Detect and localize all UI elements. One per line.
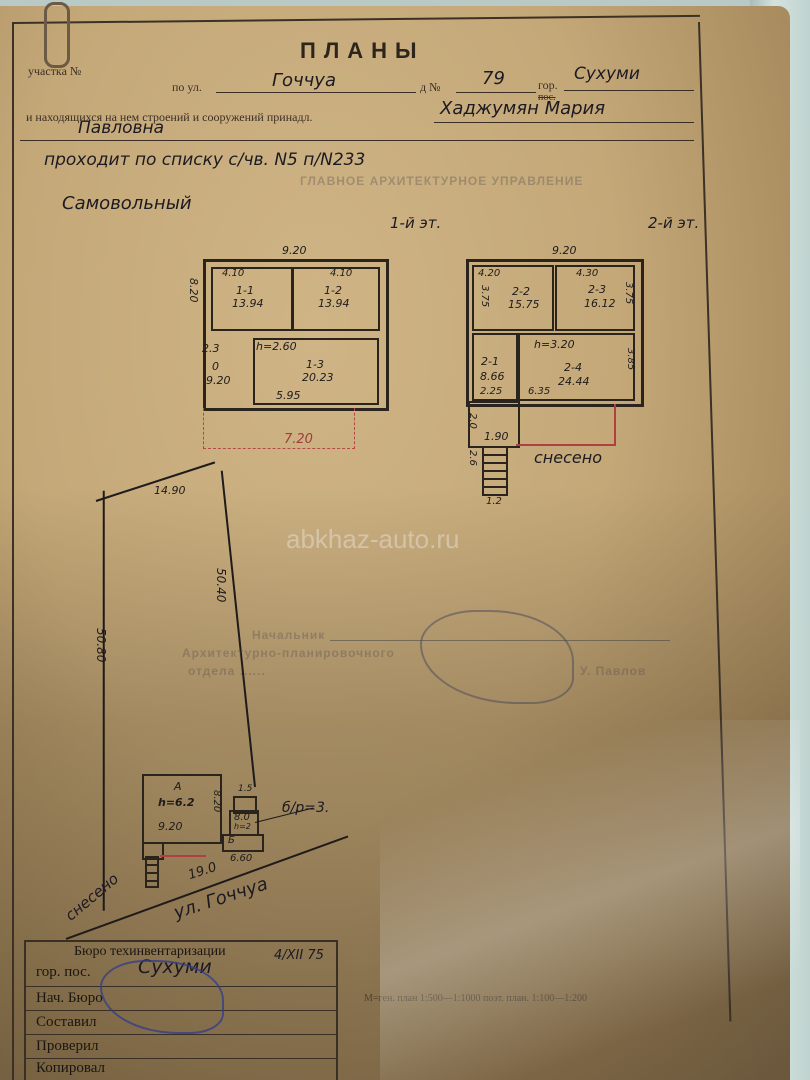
house-underline [456, 92, 536, 93]
building-a-depth: 8.20 [211, 790, 222, 812]
frame-border-left [12, 22, 14, 1080]
building-a-width: 9.20 [158, 820, 183, 833]
stamp-row-copied: Копировал [36, 1060, 105, 1077]
f2-2-3-width: 4.30 [576, 268, 598, 279]
stamp-row-compiled: Составил [36, 1014, 97, 1031]
f2-2-2-height: 3.75 [479, 285, 490, 307]
f2-overall-width: 9.20 [552, 244, 577, 257]
street-label: по ул. [172, 80, 202, 95]
stamp-divider-4 [26, 1058, 336, 1059]
f1-1-1-id: 1-1 [236, 284, 254, 297]
f1-1-1-width: 4.10 [222, 268, 244, 279]
floor-1-label: 1-й эт. [390, 214, 441, 232]
f2-porch-height: 2.0 [467, 413, 478, 429]
f1-red-extension [203, 408, 355, 449]
house-label: д № [420, 80, 441, 95]
f2-2-1-id: 2-1 [481, 355, 499, 368]
stamp-date: 4/XII 75 [274, 948, 324, 963]
f2-2-2-width: 4.20 [478, 268, 500, 279]
list-note: проходит по списку с/чв. N5 п/N233 [44, 150, 365, 170]
watermark: abkhaz-auto.ru [286, 524, 459, 555]
f1-red-width: 7.20 [284, 432, 313, 447]
ghost-header-text: ГЛАВНОЕ АРХИТЕКТУРНОЕ УПРАВЛЕНИЕ [300, 174, 583, 188]
building-a-red-line [160, 855, 206, 857]
f2-2-1-width: 2.25 [480, 386, 502, 397]
ghost-approve-1: Начальник [252, 628, 325, 642]
f1-1-2-id: 1-2 [324, 284, 342, 297]
f2-2-1-area: 8.66 [480, 370, 505, 383]
ghost-initials: У. Павлов [580, 664, 646, 678]
outbuilding-b-height: h=2 [234, 822, 251, 831]
street-value: Гоччуа [272, 70, 336, 91]
stamp-divider-3 [26, 1034, 336, 1035]
f2-stairs-length: 2.6 [467, 450, 478, 466]
f2-2-4-width: 6.35 [528, 386, 550, 397]
outbuilding-v-id: Б [228, 835, 235, 846]
f2-2-2-area: 15.75 [508, 298, 540, 311]
f1-1-2-area: 13.94 [318, 297, 350, 310]
paper-clip-icon [44, 2, 70, 68]
f2-2-4-area: 24.44 [558, 375, 590, 388]
site-left-boundary [103, 491, 105, 911]
f2-2-4-id: 2-4 [564, 361, 582, 374]
plot-label: участка № [28, 64, 81, 79]
f1-1-3-width: 5.95 [276, 389, 301, 402]
owner-name-line-2: Павловна [78, 118, 164, 138]
f2-demolished-note: снесено [534, 448, 602, 467]
owner-underline-2 [20, 140, 694, 141]
document-title: ПЛАНЫ [300, 38, 425, 64]
city-value: Сухуми [574, 64, 640, 84]
f1-1-2-width: 4.10 [330, 268, 352, 279]
f1-room-0-id: 0 [212, 360, 219, 373]
f1-1-3-area: 20.23 [302, 371, 334, 384]
ghost-approve-2: Архитектурно-планировочного [182, 646, 395, 660]
f1-room-0-area: 9.20 [206, 374, 231, 387]
ghost-approve-3: отдела ...... [188, 664, 266, 678]
house-value: 79 [482, 68, 505, 89]
f1-side-height: 8.20 [187, 278, 200, 303]
building-a-id: А [174, 780, 182, 793]
building-a [142, 774, 222, 844]
annex-label: б/р=3. [282, 800, 329, 816]
f2-stairs-width: 1.2 [486, 496, 502, 507]
stamp-row-checked: Проверил [36, 1038, 99, 1055]
plastic-glare [380, 720, 800, 1080]
f2-2-4-height: 3.85 [625, 348, 636, 370]
f2-2-3-height: 3.75 [623, 282, 634, 304]
f1-1-1-area: 13.94 [232, 297, 264, 310]
city-label: гор. [538, 78, 558, 93]
city-underline [564, 90, 694, 91]
f2-ceiling-height: h=3.20 [534, 338, 575, 351]
site-top-width: 14.90 [154, 484, 186, 497]
stamp-city-label: гор. пос. [36, 964, 91, 981]
f1-ceiling-height: h=2.60 [256, 340, 297, 353]
f2-2-3-area: 16.12 [584, 297, 616, 310]
f1-overall-width: 9.20 [282, 244, 307, 257]
f1-room-0-width: 2.3 [202, 342, 220, 355]
owner-name-line-1: Хаджумян Мария [440, 98, 605, 119]
f2-stairs [482, 446, 508, 496]
building-a-stairs [145, 856, 159, 888]
floor-2-label: 2-й эт. [648, 214, 699, 232]
f2-red-line-right [614, 404, 616, 446]
f2-porch-width: 1.90 [484, 430, 509, 443]
f2-2-3-id: 2-3 [588, 283, 606, 296]
unauthorized-note: Самовольный [62, 193, 192, 214]
f2-2-2-id: 2-2 [512, 285, 530, 298]
site-right-length: 50.40 [214, 568, 228, 602]
owner-label: и находящихся на нем строений и сооружен… [26, 110, 313, 125]
owner-underline-1 [434, 122, 694, 123]
f2-red-line-bottom [516, 444, 616, 446]
f1-1-3-id: 1-3 [306, 358, 324, 371]
site-left-length: 50.80 [94, 628, 108, 662]
outbuilding-v-width: 6.60 [230, 853, 252, 864]
building-a-height: h=6.2 [158, 796, 195, 809]
stamp-row-head: Нач. Бюро [36, 990, 103, 1007]
street-underline [216, 92, 416, 93]
outbuilding-width: 1.5 [238, 784, 252, 794]
